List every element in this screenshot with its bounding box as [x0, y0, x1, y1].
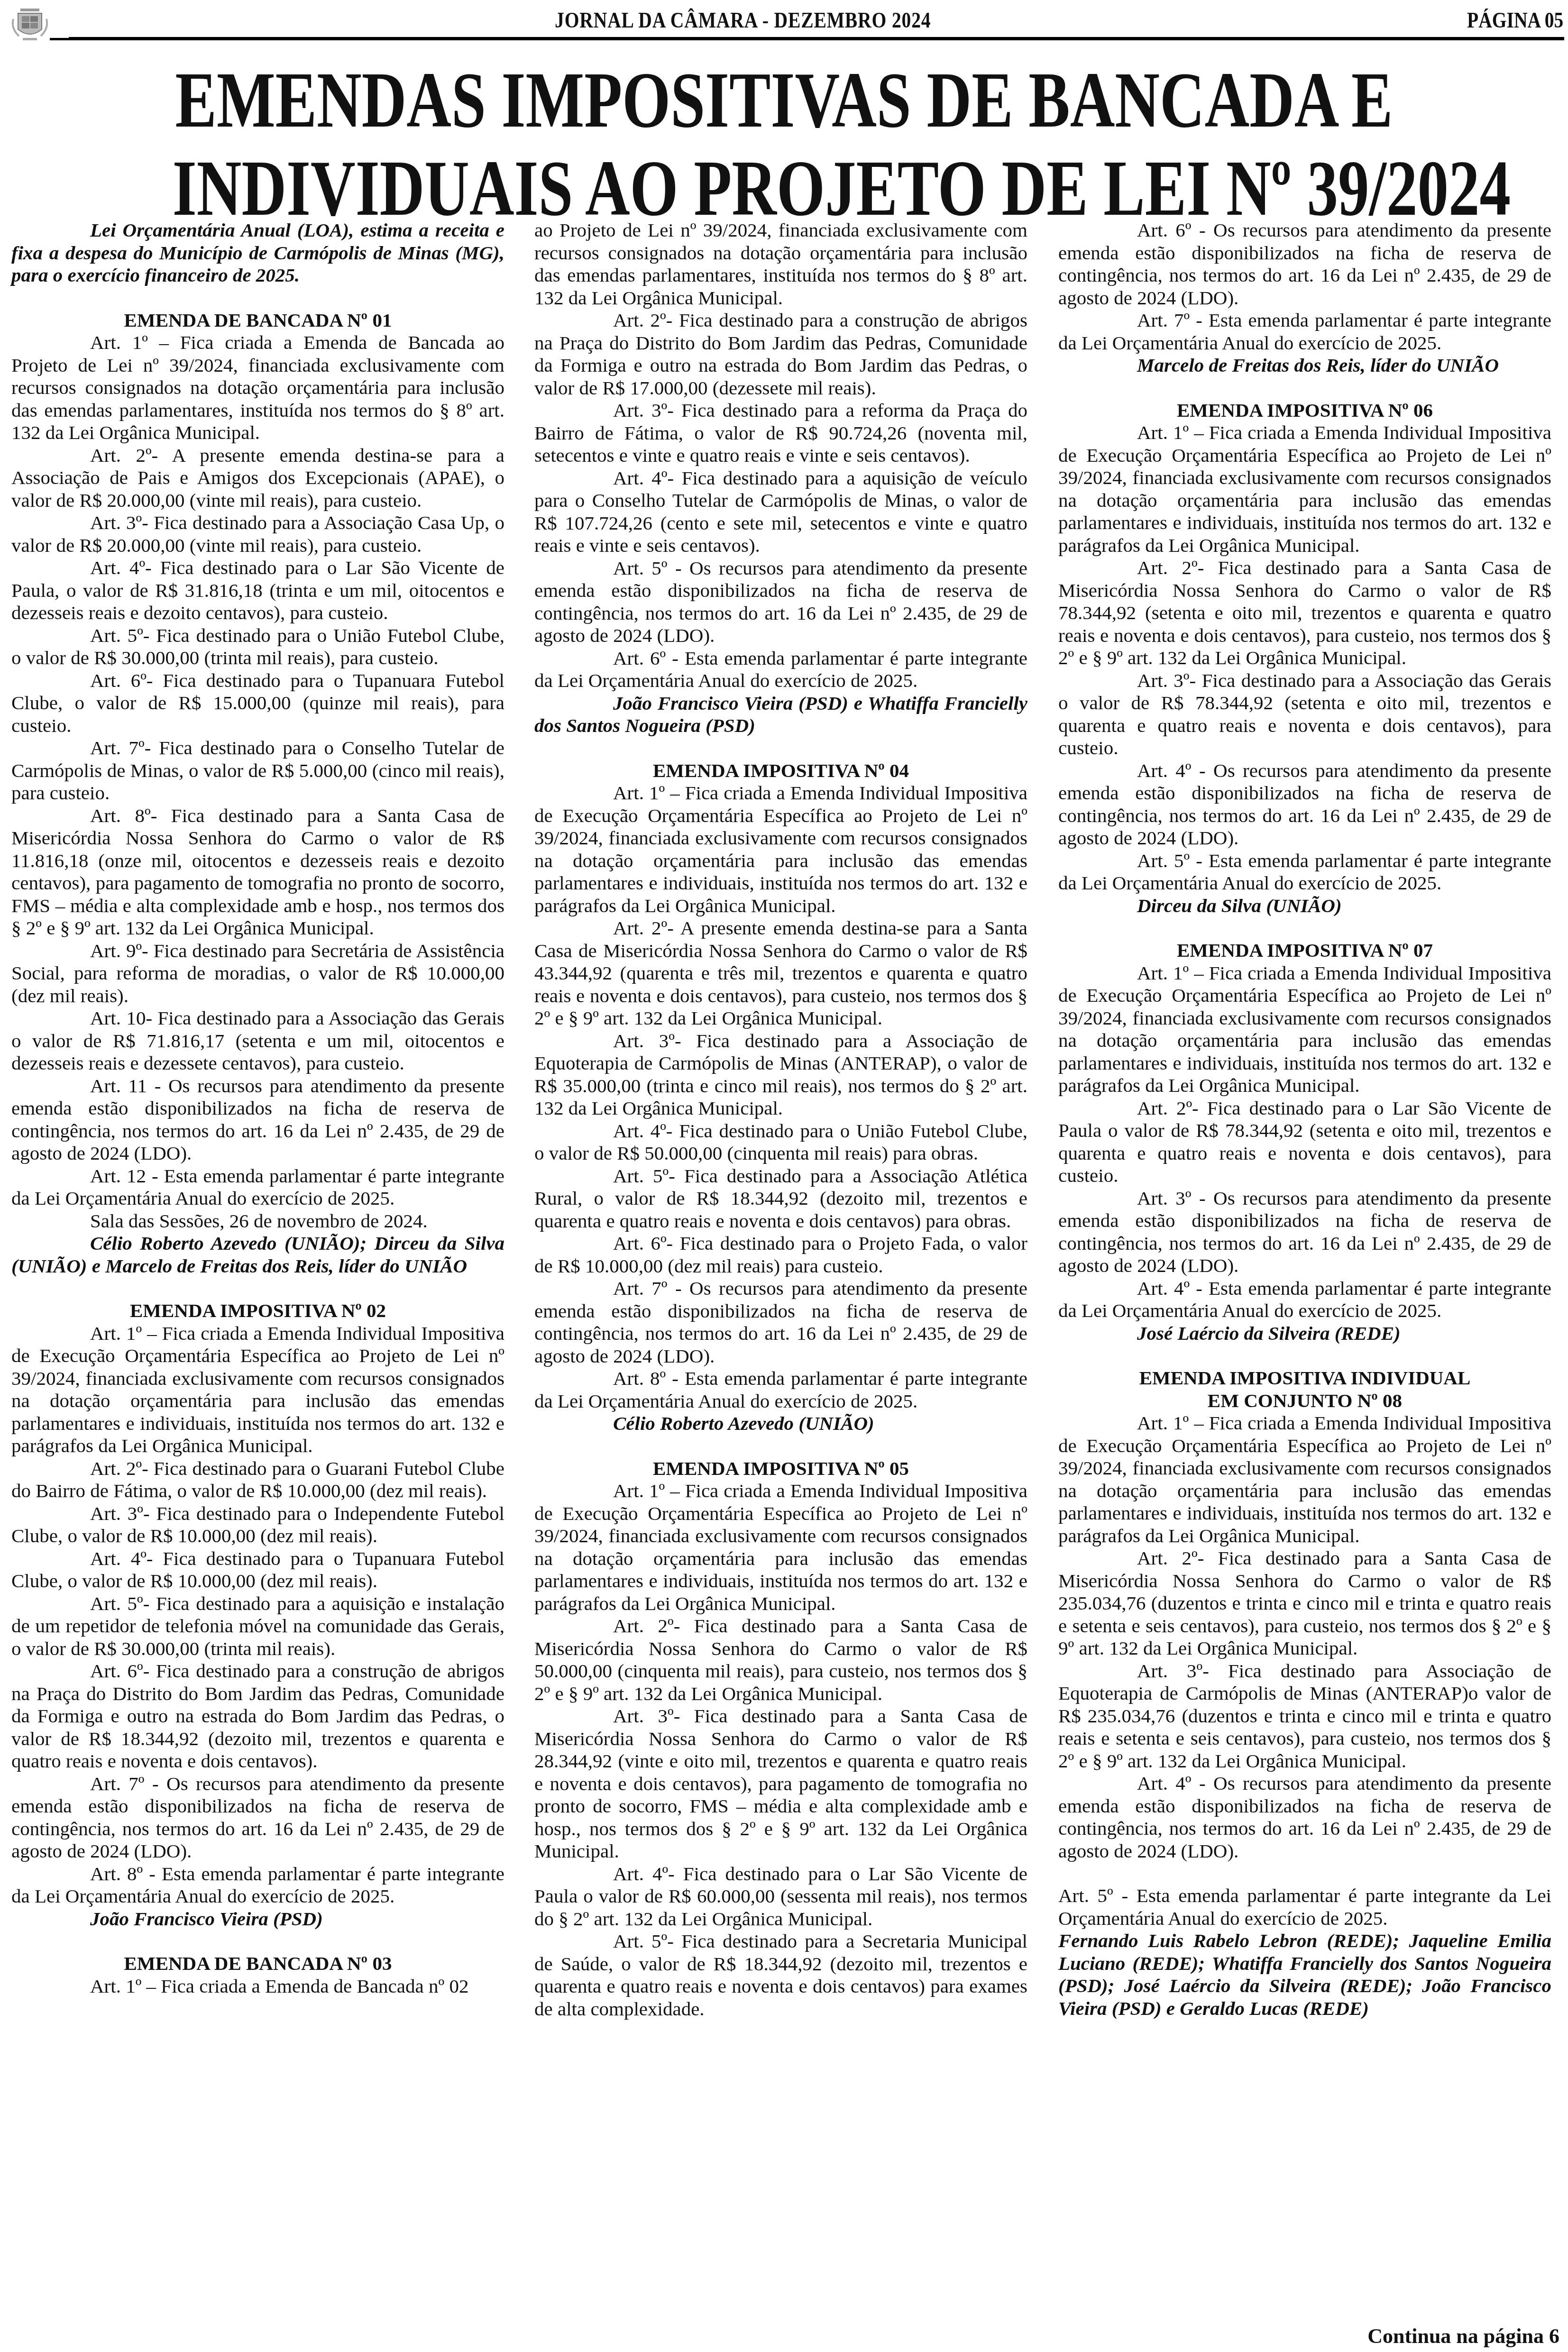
article: Art. 3º- Fica destinado para a Associaçã… [534, 1030, 1027, 1120]
article: Art. 5º - Os recursos para atendimento d… [534, 557, 1027, 647]
article: Art. 7º - Os recursos para atendimento d… [11, 1773, 504, 1863]
signers: Marcelo de Freitas dos Reis, líder do UN… [1058, 354, 1551, 377]
article: Art. 6º- Fica destinado para o Projeto F… [534, 1232, 1027, 1277]
article: Art. 12 - Esta emenda parlamentar é part… [11, 1165, 504, 1210]
article: Art. 4º- Fica destinado para o União Fut… [534, 1120, 1027, 1165]
section-title: EMENDA IMPOSITIVA Nº 07 [1058, 939, 1551, 962]
signers: João Francisco Vieira (PSD) [11, 1908, 504, 1931]
intro-text: Lei Orçamentária Anual (LOA), estima a r… [11, 219, 504, 287]
signers: Fernando Luis Rabelo Lebron (REDE); Jaqu… [1058, 1930, 1551, 2020]
article: Art. 2º- Fica destinado para a construçã… [534, 309, 1027, 399]
article: Art. 1º – Fica criada a Emenda Individua… [1058, 1412, 1551, 1547]
article: Art. 8º- Fica destinado para a Santa Cas… [11, 805, 504, 940]
article: Art. 2º- A presente emenda destina-se pa… [534, 917, 1027, 1030]
article: Art. 2º- Fica destinado para o Lar São V… [1058, 1097, 1551, 1187]
signers: Célio Roberto Azevedo (UNIÃO); Dirceu da… [11, 1232, 504, 1277]
article: Art. 2º- A presente emenda destina-se pa… [11, 444, 504, 512]
article: Art. 4º- Fica destinado para o Lar São V… [11, 557, 504, 624]
article: Art. 1º – Fica criada a Emenda de Bancad… [11, 331, 504, 444]
article: Art. 6º- Fica destinado para a construçã… [11, 1660, 504, 1773]
article: Art. 4º- Fica destinado para a aquisição… [534, 467, 1027, 557]
article: Art. 9º- Fica destinado para Secretária … [11, 940, 504, 1007]
article: Art. 1º – Fica criada a Emenda Individua… [1058, 421, 1551, 557]
article: Art. 3º- Fica destinado para o Independe… [11, 1502, 504, 1547]
article: Art. 2º- Fica destinado para a Santa Cas… [534, 1615, 1027, 1705]
page-number: PÁGINA 05 [1467, 8, 1563, 33]
article: Art. 4º - Os recursos para atendimento d… [1058, 760, 1551, 850]
emenda-impositiva-02: EMENDA IMPOSITIVA Nº 02 Art. 1º – Fica c… [11, 1300, 504, 1930]
article: Art. 7º - Os recursos para atendimento d… [534, 1277, 1027, 1367]
article: Art. 6º- Fica destinado para o Tupanuara… [11, 669, 504, 737]
article: Art. 8º - Esta emenda parlamentar é part… [534, 1367, 1027, 1412]
article: Art. 1º – Fica criada a Emenda Individua… [1058, 962, 1551, 1097]
article: Art. 3º- Fica destinado para Associação … [1058, 1660, 1551, 1773]
article: Art. 5º - Esta emenda parlamentar é part… [1058, 850, 1551, 895]
emenda-impositiva-individual-conjunto-08: EMENDA IMPOSITIVA INDIVIDUAL EM CONJUNTO… [1058, 1367, 1551, 2020]
emenda-impositiva-05: EMENDA IMPOSITIVA Nº 05 Art. 1º – Fica c… [534, 1457, 1027, 2021]
article: Art. 3º- Fica destinado para a Associaçã… [1058, 669, 1551, 760]
emenda-impositiva-06: EMENDA IMPOSITIVA Nº 06 Art. 1º – Fica c… [1058, 399, 1551, 917]
article: Art. 10- Fica destinado para a Associaçã… [11, 1007, 504, 1075]
signers: Célio Roberto Azevedo (UNIÃO) [534, 1412, 1027, 1435]
page-headline: EMENDAS IMPOSITIVAS DE BANCADA E INDIVID… [0, 56, 1568, 232]
article: Art. 2º- Fica destinado para a Santa Cas… [1058, 1547, 1551, 1660]
emenda-impositiva-07: EMENDA IMPOSITIVA Nº 07 Art. 1º – Fica c… [1058, 939, 1551, 1345]
article: ao Projeto de Lei nº 39/2024, financiada… [534, 219, 1027, 309]
article: Art. 3º - Os recursos para atendimento d… [1058, 1187, 1551, 1277]
article: Art. 5º - Esta emenda parlamentar é part… [1058, 1885, 1551, 1930]
column-3: Art. 6º - Os recursos para atendimento d… [1058, 219, 1551, 2020]
article: Art. 3º- Fica destinado para a Associaçã… [11, 512, 504, 557]
article: Art. 6º - Esta emenda parlamentar é part… [534, 647, 1027, 692]
continued-on-page: Continua na página 6 [1367, 2324, 1559, 2348]
article: Art. 1º – Fica criada a Emenda Individua… [534, 782, 1027, 917]
article: Art. 3º- Fica destinado para a reforma d… [534, 399, 1027, 467]
article: Art. 4º - Esta emenda parlamentar é part… [1058, 1277, 1551, 1322]
headline-line-1: EMENDAS IMPOSITIVAS DE BANCADA E [173, 56, 1395, 144]
article: Art. 5º- Fica destinado para a aquisição… [11, 1592, 504, 1660]
section-title: EMENDA DE BANCADA Nº 03 [11, 1952, 504, 1975]
section-title: EMENDA DE BANCADA Nº 01 [11, 309, 504, 332]
section-title: EMENDA IMPOSITIVA Nº 05 [534, 1457, 1027, 1480]
article: Art. 6º - Os recursos para atendimento d… [1058, 219, 1551, 309]
section-title-line-1: EMENDA IMPOSITIVA INDIVIDUAL [1058, 1367, 1551, 1390]
section-title-line-2: EM CONJUNTO Nº 08 [1058, 1390, 1551, 1412]
article: Art. 8º - Esta emenda parlamentar é part… [11, 1863, 504, 1908]
article: Art. 3º- Fica destinado para a Santa Cas… [534, 1705, 1027, 1863]
signers: Dirceu da Silva (UNIÃO) [1058, 895, 1551, 917]
emenda-impositiva-04: EMENDA IMPOSITIVA Nº 04 Art. 1º – Fica c… [534, 760, 1027, 1435]
municipal-coat-of-arms-icon [9, 5, 51, 43]
column-1: Lei Orçamentária Anual (LOA), estima a r… [11, 219, 504, 1997]
article: Art. 4º - Os recursos para atendimento d… [1058, 1772, 1551, 1862]
article: Art. 5º- Fica destinado para o União Fut… [11, 624, 504, 669]
emenda-bancada-03: EMENDA DE BANCADA Nº 03 Art. 1º – Fica c… [11, 1952, 504, 1997]
article: Art. 7º- Fica destinado para o Conselho … [11, 737, 504, 805]
masthead-rule [50, 37, 1564, 42]
article: Art. 5º- Fica destinado para a Associaçã… [534, 1165, 1027, 1233]
article: Art. 7º - Esta emenda parlamentar é part… [1058, 309, 1551, 354]
article: Art. 5º- Fica destinado para a Secretari… [534, 1930, 1027, 2020]
section-title: EMENDA IMPOSITIVA Nº 04 [534, 760, 1027, 782]
article: Art. 1º – Fica criada a Emenda de Bancad… [11, 1975, 504, 1998]
section-title: EMENDA IMPOSITIVA Nº 06 [1058, 399, 1551, 422]
emenda-bancada-03-continued: ao Projeto de Lei nº 39/2024, financiada… [534, 219, 1027, 737]
article: Art. 4º- Fica destinado para o Lar São V… [534, 1863, 1027, 1931]
masthead: JORNAL DA CÂMARA - DEZEMBRO 2024 PÁGINA … [52, 0, 1568, 36]
signers: José Laércio da Silveira (REDE) [1058, 1322, 1551, 1345]
article: Art. 4º- Fica destinado para o Tupanuara… [11, 1547, 504, 1592]
article: Art. 2º- Fica destinado para o Guarani F… [11, 1457, 504, 1502]
section-title: EMENDA IMPOSITIVA Nº 02 [11, 1300, 504, 1322]
emenda-bancada-01: EMENDA DE BANCADA Nº 01 Art. 1º – Fica c… [11, 309, 504, 1278]
article: Art. 1º – Fica criada a Emenda Individua… [11, 1322, 504, 1457]
article: Art. 2º- Fica destinado para a Santa Cas… [1058, 557, 1551, 669]
session-date: Sala das Sessões, 26 de novembro de 2024… [11, 1210, 504, 1233]
column-2: ao Projeto de Lei nº 39/2024, financiada… [534, 219, 1027, 2020]
emenda-impositiva-05-continued: Art. 6º - Os recursos para atendimento d… [1058, 219, 1551, 377]
newspaper-title: JORNAL DA CÂMARA - DEZEMBRO 2024 [555, 8, 931, 33]
signers: João Francisco Vieira (PSD) e Whatiffa F… [534, 692, 1027, 737]
article: Art. 1º – Fica criada a Emenda Individua… [534, 1480, 1027, 1615]
article: Art. 11 - Os recursos para atendimento d… [11, 1075, 504, 1165]
